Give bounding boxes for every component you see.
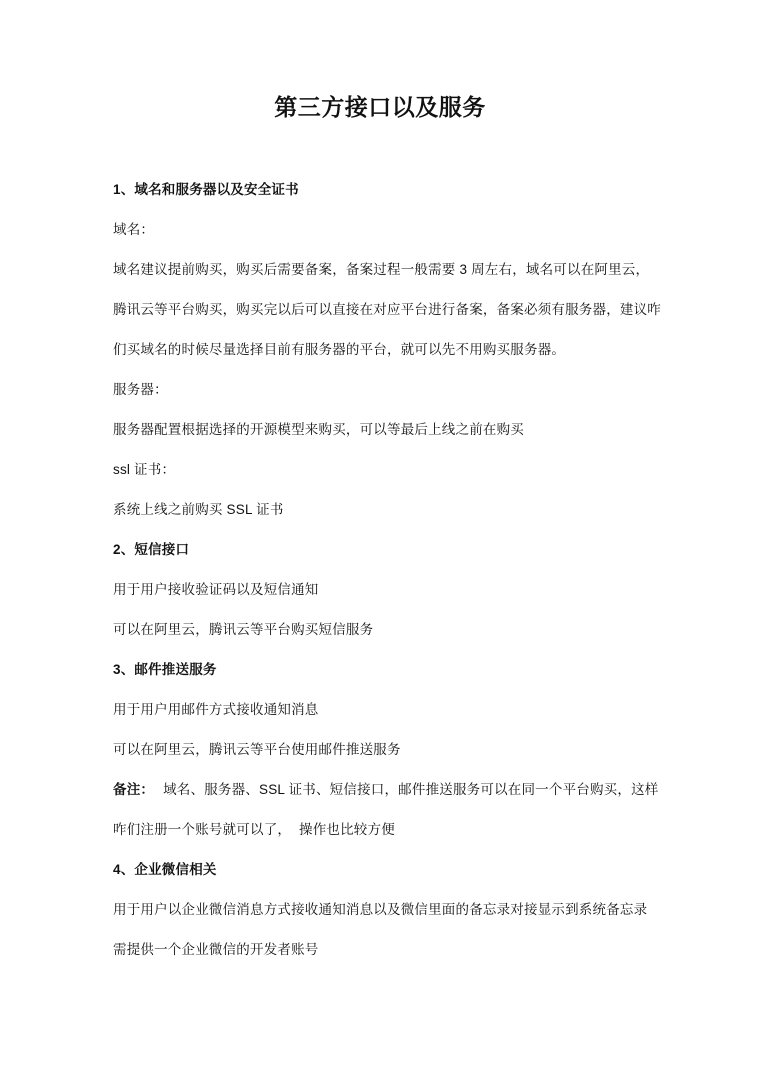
note-line: 备注：域名、服务器、SSL 证书、短信接口，邮件推送服务可以在同一个平台购买，这…	[113, 770, 653, 810]
section-4-heading: 4、企业微信相关	[113, 850, 653, 890]
document-page: 第三方接口以及服务 1、域名和服务器以及安全证书 域名： 域名建议提前购买，购买…	[0, 0, 760, 1078]
document-body: 1、域名和服务器以及安全证书 域名： 域名建议提前购买，购买后需要备案，备案过程…	[113, 170, 653, 970]
paragraph-line: 用于用户用邮件方式接收通知消息	[113, 690, 653, 730]
paragraph-line: 用于用户接收验证码以及短信通知	[113, 570, 653, 610]
paragraph-line: 们买域名的时候尽量选择目前有服务器的平台，就可以先不用购买服务器。	[113, 330, 653, 370]
section-3-heading: 3、邮件推送服务	[113, 650, 653, 690]
note-label: 备注：	[113, 782, 154, 797]
paragraph-line: 腾讯云等平台购买，购买完以后可以直接在对应平台进行备案，备案必须有服务器，建议咋	[113, 290, 653, 330]
section-1-heading: 1、域名和服务器以及安全证书	[113, 170, 653, 210]
paragraph-line: ssl 证书：	[113, 450, 653, 490]
paragraph-line: 服务器配置根据选择的开源模型来购买，可以等最后上线之前在购买	[113, 410, 653, 450]
paragraph-line: 系统上线之前购买 SSL 证书	[113, 490, 653, 530]
paragraph-line: 域名建议提前购买，购买后需要备案，备案过程一般需要 3 周左右，域名可以在阿里云…	[113, 250, 653, 290]
paragraph-line: 域名：	[113, 210, 653, 250]
paragraph-line: 需提供一个企业微信的开发者账号	[113, 930, 653, 970]
paragraph-line: 可以在阿里云，腾讯云等平台使用邮件推送服务	[113, 730, 653, 770]
note-text: 域名、服务器、SSL 证书、短信接口，邮件推送服务可以在同一个平台购买，这样	[163, 782, 658, 797]
document-title: 第三方接口以及服务	[0, 90, 760, 124]
paragraph-line: 服务器：	[113, 370, 653, 410]
paragraph-line: 用于用户以企业微信消息方式接收通知消息以及微信里面的备忘录对接显示到系统备忘录	[113, 890, 653, 930]
section-2-heading: 2、短信接口	[113, 530, 653, 570]
paragraph-line: 可以在阿里云，腾讯云等平台购买短信服务	[113, 610, 653, 650]
paragraph-line: 咋们注册一个账号就可以了， 操作也比较方便	[113, 810, 653, 850]
